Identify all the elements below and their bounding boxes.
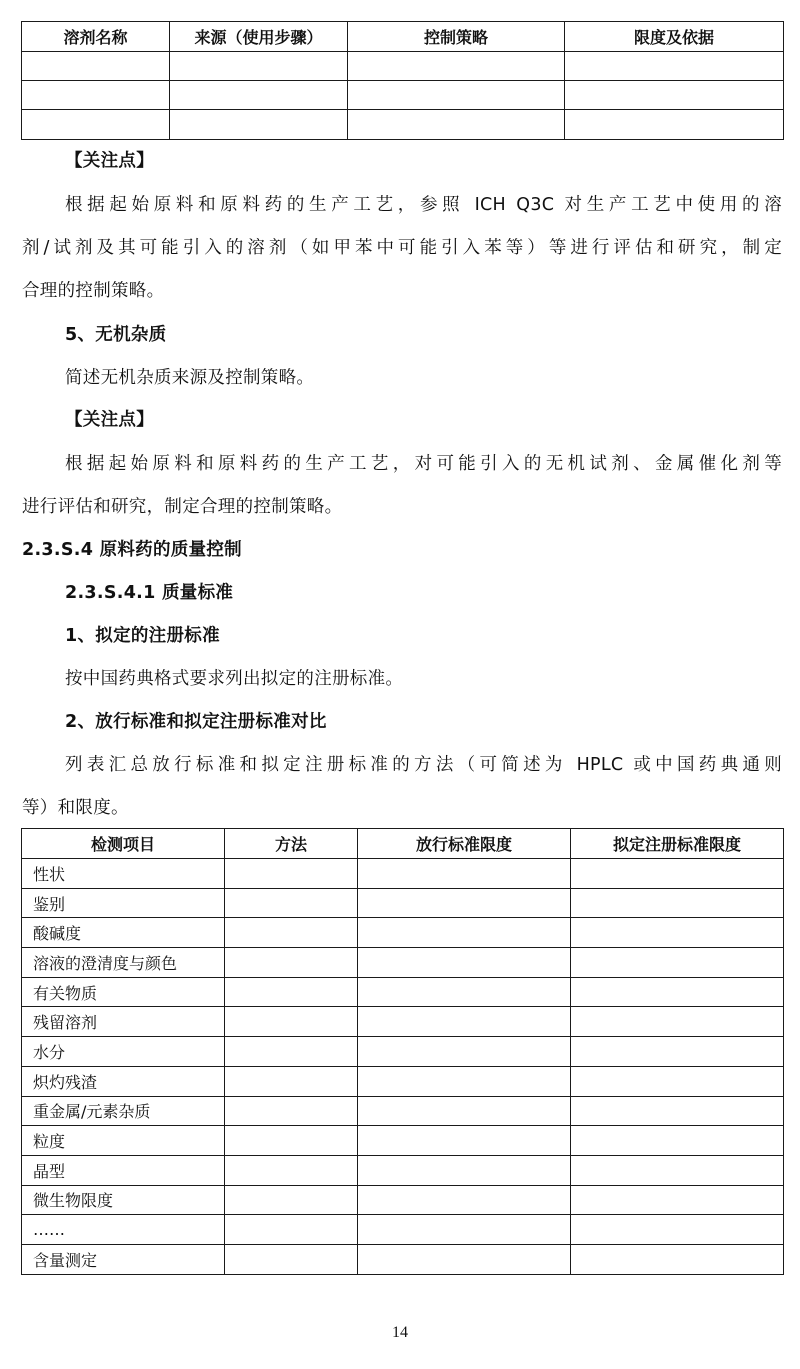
test-item-cell: 鉴别 xyxy=(22,888,225,918)
table-cell xyxy=(358,977,571,1007)
table-cell xyxy=(565,81,784,110)
test-item-cell: 溶液的澄清度与颜色 xyxy=(22,948,225,978)
focus-points-heading: 【关注点】 xyxy=(65,410,800,430)
table-row xyxy=(22,110,784,140)
table-cell xyxy=(565,52,784,81)
table-cell xyxy=(571,977,784,1007)
table-cell xyxy=(571,948,784,978)
table-cell xyxy=(358,948,571,978)
table-cell xyxy=(225,1007,358,1037)
solvent-table: 溶剂名称 来源（使用步骤） 控制策略 限度及依据 xyxy=(21,21,784,140)
table-cell xyxy=(565,110,784,140)
table-cell xyxy=(225,948,358,978)
test-item-cell: 粒度 xyxy=(22,1126,225,1156)
test-item-cell: 重金属/元素杂质 xyxy=(22,1096,225,1126)
table-cell xyxy=(225,1185,358,1215)
table-row: 鉴别 xyxy=(22,888,784,918)
table-row: 含量测定 xyxy=(22,1244,784,1274)
header-registration-limit: 拟定注册标准限度 xyxy=(571,829,784,859)
table-row: 晶型 xyxy=(22,1155,784,1185)
table-cell xyxy=(358,1066,571,1096)
paragraph-line: 等）和限度。 xyxy=(22,798,782,818)
paragraph-line: 列表汇总放行标准和拟定注册标准的方法（可简述为 HPLC 或中国药典通则 xyxy=(65,755,782,775)
solvent-table-header: 溶剂名称 来源（使用步骤） 控制策略 限度及依据 xyxy=(22,22,784,52)
test-item-cell: 晶型 xyxy=(22,1155,225,1185)
test-item-cell: 微生物限度 xyxy=(22,1185,225,1215)
table-cell xyxy=(225,1096,358,1126)
table-cell xyxy=(225,1066,358,1096)
header-control-strategy: 控制策略 xyxy=(348,22,565,52)
paragraph-line: 按中国药典格式要求列出拟定的注册标准。 xyxy=(65,669,800,689)
table-cell xyxy=(571,1185,784,1215)
table-cell xyxy=(170,110,348,140)
header-limit-basis: 限度及依据 xyxy=(565,22,784,52)
table-cell xyxy=(225,918,358,948)
table-cell xyxy=(358,888,571,918)
table-row xyxy=(22,81,784,110)
table-row: 酸碱度 xyxy=(22,918,784,948)
spec-table-header: 检测项目 方法 放行标准限度 拟定注册标准限度 xyxy=(22,829,784,859)
paragraph-line: 根据起始原料和原料药的生产工艺，对可能引入的无机试剂、金属催化剂等 xyxy=(65,454,782,474)
test-item-cell: 水分 xyxy=(22,1037,225,1067)
table-cell xyxy=(571,888,784,918)
spec-comparison-table: 检测项目 方法 放行标准限度 拟定注册标准限度 性状 鉴别 酸碱度 溶液的澄清度… xyxy=(21,828,784,1275)
header-source: 来源（使用步骤） xyxy=(170,22,348,52)
paragraph-line: 简述无机杂质来源及控制策略。 xyxy=(65,368,800,388)
table-cell xyxy=(225,1126,358,1156)
table-cell xyxy=(348,81,565,110)
page-number: 14 xyxy=(0,1324,800,1342)
table-cell xyxy=(571,859,784,889)
table-cell xyxy=(358,918,571,948)
test-item-cell: …… xyxy=(22,1215,225,1245)
table-cell xyxy=(571,1096,784,1126)
table-cell xyxy=(170,52,348,81)
paragraph-line: 根据起始原料和原料药的生产工艺，参照 ICH Q3C 对生产工艺中使用的溶 xyxy=(65,195,782,215)
table-row: 重金属/元素杂质 xyxy=(22,1096,784,1126)
table-cell xyxy=(358,859,571,889)
table-cell xyxy=(225,977,358,1007)
table-cell xyxy=(571,1244,784,1274)
paragraph-line: 进行评估和研究，制定合理的控制策略。 xyxy=(22,497,782,517)
item-heading-proposed-standard: 1、拟定的注册标准 xyxy=(65,626,800,646)
test-item-cell: 残留溶剂 xyxy=(22,1007,225,1037)
table-cell xyxy=(358,1037,571,1067)
section-heading-2-3-s-4-1: 2.3.S.4.1 质量标准 xyxy=(65,583,800,603)
table-cell xyxy=(571,1037,784,1067)
table-cell xyxy=(225,1215,358,1245)
table-cell xyxy=(358,1185,571,1215)
test-item-cell: 有关物质 xyxy=(22,977,225,1007)
table-cell xyxy=(571,918,784,948)
table-cell xyxy=(358,1007,571,1037)
focus-points-heading: 【关注点】 xyxy=(65,151,800,171)
table-cell xyxy=(571,1066,784,1096)
table-cell xyxy=(358,1155,571,1185)
table-row: 有关物质 xyxy=(22,977,784,1007)
test-item-cell: 炽灼残渣 xyxy=(22,1066,225,1096)
header-method: 方法 xyxy=(225,829,358,859)
table-cell xyxy=(358,1244,571,1274)
test-item-cell: 酸碱度 xyxy=(22,918,225,948)
paragraph-line: 剂/试剂及其可能引入的溶剂（如甲苯中可能引入苯等）等进行评估和研究，制定 xyxy=(22,238,782,258)
table-cell xyxy=(358,1126,571,1156)
header-solvent-name: 溶剂名称 xyxy=(22,22,170,52)
inorganic-impurities-heading: 5、无机杂质 xyxy=(65,325,800,345)
table-cell xyxy=(225,859,358,889)
table-cell xyxy=(170,81,348,110)
table-cell xyxy=(571,1007,784,1037)
table-row xyxy=(22,52,784,81)
table-cell xyxy=(571,1126,784,1156)
table-cell xyxy=(225,888,358,918)
test-item-cell: 含量测定 xyxy=(22,1244,225,1274)
table-row: 性状 xyxy=(22,859,784,889)
table-cell xyxy=(348,52,565,81)
table-cell xyxy=(571,1155,784,1185)
table-cell xyxy=(22,81,170,110)
item-heading-standard-comparison: 2、放行标准和拟定注册标准对比 xyxy=(65,712,800,732)
table-cell xyxy=(225,1155,358,1185)
table-row: 粒度 xyxy=(22,1126,784,1156)
header-test-item: 检测项目 xyxy=(22,829,225,859)
table-cell xyxy=(358,1215,571,1245)
table-cell xyxy=(225,1037,358,1067)
table-row: 微生物限度 xyxy=(22,1185,784,1215)
table-row: …… xyxy=(22,1215,784,1245)
table-cell xyxy=(348,110,565,140)
table-row: 溶液的澄清度与颜色 xyxy=(22,948,784,978)
table-row: 炽灼残渣 xyxy=(22,1066,784,1096)
table-row: 残留溶剂 xyxy=(22,1007,784,1037)
table-row: 水分 xyxy=(22,1037,784,1067)
paragraph-line: 合理的控制策略。 xyxy=(22,281,782,301)
test-item-cell: 性状 xyxy=(22,859,225,889)
table-cell xyxy=(225,1244,358,1274)
table-cell xyxy=(22,52,170,81)
header-release-limit: 放行标准限度 xyxy=(358,829,571,859)
table-cell xyxy=(22,110,170,140)
table-cell xyxy=(358,1096,571,1126)
section-heading-2-3-s-4: 2.3.S.4 原料药的质量控制 xyxy=(22,540,782,560)
table-cell xyxy=(571,1215,784,1245)
